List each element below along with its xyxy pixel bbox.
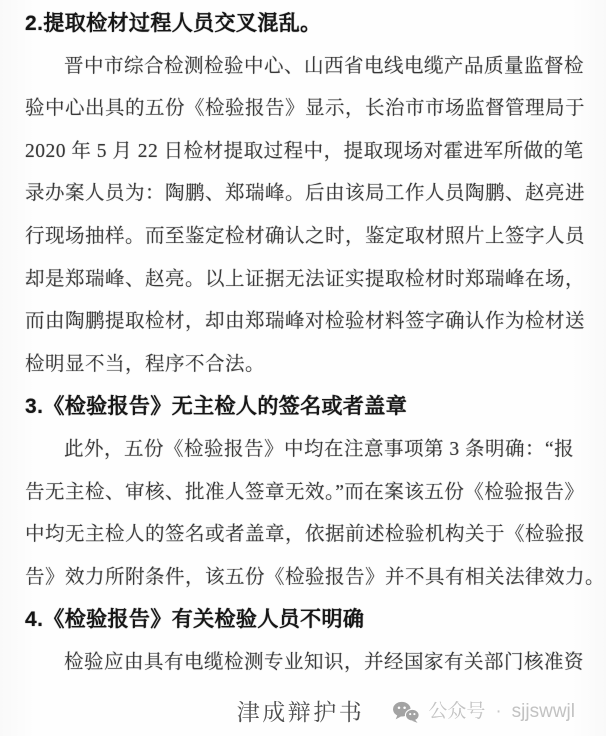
text-line: 告无主检、审核、批准人签章无效。”而在案该五份《检验报告》: [25, 472, 586, 515]
text-line: 晋中市综合检测检验中心、山西省电线电缆产品质量监督检: [25, 46, 586, 89]
text-line: 录办案人员为：陶鹏、郑瑞峰。后由该局工作人员陶鹏、赵亮进: [25, 173, 586, 216]
text-line: 2020 年 5 月 22 日检材提取过程中，提取现场对霍进军所做的笔: [25, 131, 586, 174]
text-line: 中均无主检人的签名或者盖章，依据前述检验机构关于《检验报: [25, 514, 586, 557]
document-body: 2.提取检材过程人员交叉混乱。 晋中市综合检测检验中心、山西省电线电缆产品质量监…: [25, 3, 586, 685]
wechat-account-id: sjjswwjl: [512, 699, 575, 725]
section-heading-2: 2.提取检材过程人员交叉混乱。: [25, 3, 586, 46]
text-line: 却是郑瑞峰、赵亮。以上证据无法证实提取检材时郑瑞峰在场，: [25, 259, 586, 302]
separator-dot: ·: [495, 699, 501, 725]
wechat-icon: [392, 700, 420, 724]
text-line: 检明显不当，程序不合法。: [25, 344, 586, 387]
text-line: 验中心出具的五份《检验报告》显示，长治市市场监督管理局于: [25, 88, 586, 131]
section-heading-4: 4.《检验报告》有关检验人员不明确: [25, 599, 586, 642]
text-line: 检验应由具有电缆检测专业知识，并经国家有关部门核准资: [25, 642, 586, 685]
watermark-title: 津成辩护书: [237, 697, 365, 727]
wechat-account-badge: 公众号 · sjjswwjl: [392, 699, 575, 725]
text-line: 而由陶鹏提取检材，却由郑瑞峰对检验材料签字确认作为检材送: [25, 301, 586, 344]
page-footer: 津成辩护书 公众号 · sjjswwjl: [0, 697, 606, 727]
wechat-account-label: 公众号: [428, 699, 485, 725]
section-heading-3: 3.《检验报告》无主检人的签名或者盖章: [25, 386, 586, 429]
text-line: 行现场抽样。而至鉴定检材确认之时，鉴定取材照片上签字人员: [25, 216, 586, 259]
text-line: 告》效力所附条件，该五份《检验报告》并不具有相关法律效力。: [25, 557, 586, 600]
text-line: 此外，五份《检验报告》中均在注意事项第 3 条明确：“报: [25, 429, 586, 472]
